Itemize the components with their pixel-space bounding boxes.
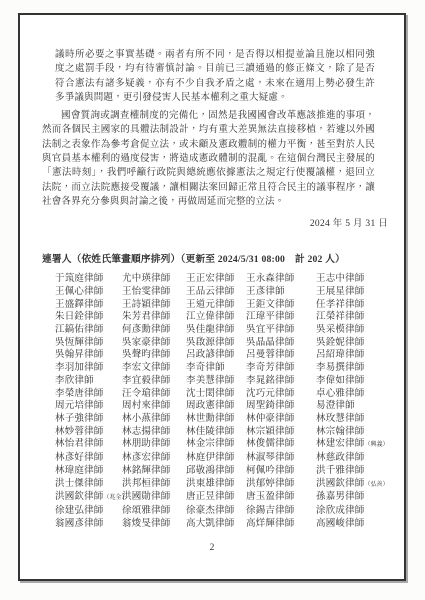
signatory-name: 易澄律師 xyxy=(316,400,389,413)
signatory-name: 唐正昱律師 xyxy=(186,491,246,505)
signatory-name: 涂欣成律師 xyxy=(316,505,389,518)
signatory-name: 王道元律師 xyxy=(186,299,246,312)
signatory-name: 柯佩吟律師 xyxy=(246,465,316,478)
signatory-name: 高大凱律師 xyxy=(186,518,246,531)
signatory-name: 洪邦桓律師 xyxy=(122,478,186,492)
signatory-name: 林世勳律師 xyxy=(186,413,246,426)
signatory-name: 洪東雄律師 xyxy=(186,478,246,492)
signatory-name: 邱敬鴻律師 xyxy=(186,465,246,478)
signatory-name: 孫嘉男律師 xyxy=(316,491,389,505)
page-frame: 議時所必要之事實基礎。兩者有所不同，是否得以相提並論且施以相同強度之處罰手段，均… xyxy=(18,13,406,581)
signatory-name: 林子強律師 xyxy=(55,413,122,426)
signatory-name: 李榮唐律師 xyxy=(55,388,122,401)
signatory-name: 任孝祥律師 xyxy=(316,299,389,312)
page-number: 2 xyxy=(20,543,404,553)
signatory-name: 呂紹瑋律師 xyxy=(316,349,389,362)
signatory-name: 林俊儒律師 xyxy=(246,438,316,452)
signatory-name: 林銘輝律師 xyxy=(122,465,186,478)
signatory-name: 王正宏律師 xyxy=(186,273,246,286)
signatory-name: 周政憲律師 xyxy=(186,400,246,413)
signatory-name: 林小燕律師 xyxy=(122,413,186,426)
signatories-heading: 連署人（依姓氏筆畫順序排列）（更新至 2024/5/31 08:00 計 202… xyxy=(42,251,389,265)
signatory-name: 林朋助律師 xyxy=(122,438,186,452)
signatory-name: 江榮祥律師 xyxy=(316,311,389,324)
signatory-name: 朱芳君律師 xyxy=(122,311,186,324)
signatory-name: 林金宗律師 xyxy=(186,438,246,452)
signatory-name: 汪令瑲律師 xyxy=(122,388,186,401)
signatory-name: 徐建弘律師 xyxy=(55,505,122,518)
signatory-name: 尤中瑛律師 xyxy=(122,273,186,286)
signatory-name: 王品云律師 xyxy=(186,286,246,299)
signatory-note: （弘善） xyxy=(365,482,389,488)
signatory-name: 林佳陵律師 xyxy=(186,426,246,439)
signatory-name: 李偉如律師 xyxy=(316,375,389,388)
signatory-name: 吳銓妮律師 xyxy=(316,337,389,350)
signatory-name: 林仲豪律師 xyxy=(246,413,316,426)
signatory-name: 吳恆輝律師 xyxy=(55,337,122,350)
signatory-name: 吳聲昀律師 xyxy=(122,349,186,362)
signatory-name: 翁焌旻律師 xyxy=(122,518,186,531)
signatory-name: 林妙蓉律師 xyxy=(55,426,122,439)
signatory-name: 江瑋平律師 xyxy=(246,311,316,324)
signatory-name: 林慈政律師 xyxy=(316,452,389,465)
signatory-name: 李奇芳律師 xyxy=(246,362,316,375)
signatory-name: 王怡雯律師 xyxy=(122,286,186,299)
signatory-name: 高國峻律師 xyxy=(316,518,389,531)
signatory-name: 吳啟源律師 xyxy=(186,337,246,350)
signatory-name: 洪國欽律師（弘善） xyxy=(316,478,389,492)
signatory-name: 吳佳龍律師 xyxy=(186,324,246,337)
signatory-name: 呂政諺律師 xyxy=(186,349,246,362)
signatory-name: 呂曼蓉律師 xyxy=(246,349,316,362)
signatory-name: 王盛鐸律師 xyxy=(55,299,122,312)
statement-paragraph-appeal: 國會質詢或調查權制度的完備化，固然是我國國會改革應該推進的事項，然而各個民主國家… xyxy=(42,109,375,209)
signatory-name: 李晁銘律師 xyxy=(246,375,316,388)
signatory-name: 李宜毅律師 xyxy=(122,375,186,388)
signatory-name: 吳晶晶律師 xyxy=(246,337,316,350)
signatory-name: 唐玉盈律師 xyxy=(246,491,316,505)
signatory-name: 洪千雅律師 xyxy=(316,465,389,478)
signatory-name: 沈士閎律師 xyxy=(186,388,246,401)
signatory-name: 洪國欽律師（兆全） xyxy=(55,491,122,505)
signatory-name: 林彥宏律師 xyxy=(122,452,186,465)
signatory-name: 王永森律師 xyxy=(246,273,316,286)
signatory-name: 朱日銓律師 xyxy=(55,311,122,324)
signatory-name: 江鎬佑律師 xyxy=(55,324,122,337)
signatory-name: 李奇律師 xyxy=(186,362,246,375)
signatory-name: 李欣律師 xyxy=(55,375,122,388)
signatory-name: 林庭伊律師 xyxy=(186,452,246,465)
signatory-name: 徐頌雅律師 xyxy=(122,505,186,518)
signatory-note: （興義） xyxy=(365,442,389,448)
signatories-grid: 于筑庭律師尤中瑛律師王正宏律師王永森律師王志中律師王佩心律師王怡雯律師王品云律師… xyxy=(42,273,389,530)
signatory-name: 王鉅文律師 xyxy=(246,299,316,312)
signatory-name: 林建宏律師（興義） xyxy=(316,438,389,452)
signatory-name: 王佩心律師 xyxy=(55,286,122,299)
signatory-name: 王詩穎律師 xyxy=(122,299,186,312)
signatory-name: 林宗翰律師 xyxy=(316,426,389,439)
signatory-name: 王展星律師 xyxy=(316,286,389,299)
signatory-name: 王彥律師 xyxy=(246,286,316,299)
signatory-name: 洪國勛律師 xyxy=(122,491,186,505)
signatory-name: 林志揚律師 xyxy=(122,426,186,439)
signatory-name: 徐豪杰律師 xyxy=(186,505,246,518)
signatory-name: 徐錫吉律師 xyxy=(246,505,316,518)
signatory-name: 卓心雅律師 xyxy=(316,388,389,401)
signatory-name: 林彥好律師 xyxy=(55,452,122,465)
signatory-name: 周元培律師 xyxy=(55,400,122,413)
statement-paragraph-continued: 議時所必要之事實基礎。兩者有所不同，是否得以相提並論且施以相同強度之處罰手段，均… xyxy=(55,48,375,105)
signatory-name: 何彥勳律師 xyxy=(122,324,186,337)
signatory-name: 周村來律師 xyxy=(122,400,186,413)
signatory-name: 林宗穎律師 xyxy=(246,426,316,439)
signatory-name: 林淑琴律師 xyxy=(246,452,316,465)
signatory-name: 林瑋庭律師 xyxy=(55,465,122,478)
signatory-name: 沈巧元律師 xyxy=(246,388,316,401)
date-line: 2024 年 5 月 31 日 xyxy=(42,215,388,229)
signatory-name: 林玫慧律師 xyxy=(316,413,389,426)
signatory-name: 林怡君律師 xyxy=(55,438,122,452)
signatory-name: 王志中律師 xyxy=(316,273,389,286)
signatory-name: 李美慧律師 xyxy=(186,375,246,388)
signatory-name: 吳家豪律師 xyxy=(122,337,186,350)
signatory-name: 吳采模律師 xyxy=(316,324,389,337)
signatory-name: 吳宜平律師 xyxy=(246,324,316,337)
signatory-name: 洪士傑律師 xyxy=(55,478,122,492)
signatory-name: 李易撰律師 xyxy=(316,362,389,375)
signatory-name: 翁國彥律師 xyxy=(55,518,122,531)
signatory-name: 李宏文律師 xyxy=(122,362,186,375)
signatory-name: 吳翰昇律師 xyxy=(55,349,122,362)
signatory-name: 于筑庭律師 xyxy=(55,273,122,286)
signatory-name: 高烊輝律師 xyxy=(246,518,316,531)
signatory-name: 江立偉律師 xyxy=(186,311,246,324)
signatory-name: 李羽加律師 xyxy=(55,362,122,375)
signatory-name: 周聖錡律師 xyxy=(246,400,316,413)
signatory-name: 洪郁婷律師 xyxy=(246,478,316,492)
